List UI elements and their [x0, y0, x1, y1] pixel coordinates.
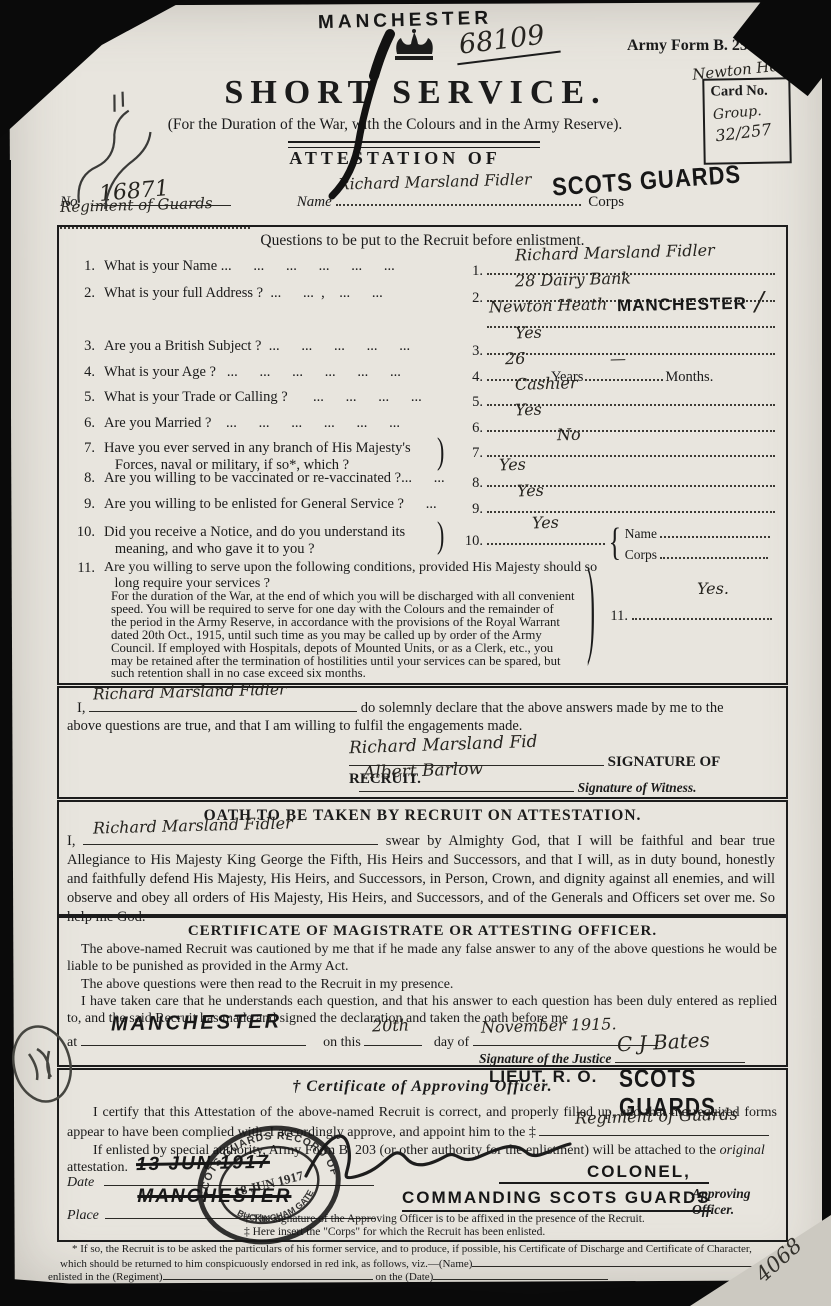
a8-num: 8.: [459, 475, 483, 492]
oath-name-handwritten: Richard Marsland Fidler: [93, 813, 293, 837]
question-row-6: 6.Are you Married ? ... ... ... ... ... …: [69, 415, 775, 432]
a10-corps-line: [660, 545, 768, 559]
declaration-line1: I, Richard Marsland Fidler do solemnly d…: [77, 696, 772, 717]
q3-num: 3.: [69, 338, 95, 355]
q7-text: Have you ever served in any branch of Hi…: [104, 440, 411, 474]
a10-line: Yes: [487, 528, 605, 545]
a3-handwritten: Yes: [515, 323, 542, 343]
a1-handwritten: Richard Marsland Fidler: [515, 240, 715, 264]
corps-label: Corps: [588, 194, 624, 210]
footer-line2-row: which should be returned to him conspicu…: [60, 1256, 810, 1270]
a9-handwritten: Yes: [517, 481, 544, 501]
witness-signature-label: Signature of Witness.: [578, 780, 697, 795]
magistrate-place-stamp: MANCHESTER: [110, 1011, 282, 1037]
approving-box: † Certificate of Approving Officer. SCOT…: [57, 1068, 788, 1242]
a7-line: No: [487, 440, 775, 457]
scan-edge-right: [822, 40, 831, 1306]
a2-handwritten-line2: Newton Heath: [489, 294, 608, 316]
question-row-3: 3.Are you a British Subject ? ... ... ..…: [69, 338, 775, 355]
a2-num: 2.: [459, 290, 483, 307]
witness-signature-line: Albert Barlow: [359, 776, 574, 792]
at-place-line: MANCHESTER: [81, 1030, 306, 1046]
q4-num: 4.: [69, 364, 95, 381]
q5-num: 5.: [69, 389, 95, 406]
a6-handwritten: Yes: [515, 400, 542, 420]
date-handwritten: November 1915.: [481, 1014, 617, 1037]
a6-num: 6.: [459, 420, 483, 437]
a7-handwritten: No: [557, 425, 581, 445]
a7-num: 7.: [459, 445, 483, 462]
a2-handwritten-line1: 28 Dairy Bank: [515, 268, 631, 290]
oath-text: swear by Almighty God, that I will be fa…: [67, 833, 775, 925]
q2-text: What is your full Address ? ... ... , ..…: [104, 285, 383, 301]
declaration-text1: do solemnly declare that the above answe…: [361, 700, 724, 716]
q11-num: 11.: [69, 560, 95, 577]
a11-line: [632, 603, 772, 620]
oath-name-line: Richard Marsland Fidler: [83, 829, 378, 845]
q2-num: 2.: [69, 285, 95, 302]
a10-name-label: Name: [625, 526, 657, 541]
a9-line: Yes: [487, 496, 775, 513]
declaration-i-label: I,: [77, 700, 85, 716]
declaration-name-line: Richard Marsland Fidler: [89, 696, 357, 712]
question-row-8: 8.Are you willing to be vaccinated or re…: [69, 470, 775, 487]
a11-num: 11.: [604, 608, 628, 625]
declaration-box: I, Richard Marsland Fidler do solemnly d…: [57, 686, 788, 799]
q4-text: What is your Age ? ... ... ... ... ... .…: [104, 364, 401, 380]
a10-num: 10.: [459, 533, 483, 550]
oath-i-label: I,: [67, 833, 75, 849]
footer-name-line: [472, 1256, 752, 1267]
scan-edge-left: [0, 160, 11, 1306]
question-row-7: 7.Have you ever served in any branch of …: [69, 440, 775, 474]
a4-num: 4.: [459, 369, 483, 386]
oath-box: OATH TO BE TAKEN BY RECRUIT ON ATTESTATI…: [57, 800, 788, 916]
q11-text: Are you willing to serve upon the follow…: [104, 560, 597, 592]
recruit-signature-handwritten: Richard Marsland Fid: [349, 732, 538, 759]
approving-place-label: Place: [67, 1208, 99, 1223]
a10-name-line: [660, 524, 770, 538]
q9-text: Are you willing to be enlisted for Gener…: [104, 496, 437, 512]
q11-conditions: For the duration of the War, at the end …: [111, 590, 581, 680]
footer-line1: * If so, the Recruit is to be asked the …: [72, 1243, 812, 1255]
question-row-9: 9.Are you willing to be enlisted for Gen…: [69, 496, 775, 513]
a5-num: 5.: [459, 394, 483, 411]
question-row-1: 1.What is your Name ... ... ... ... ... …: [69, 258, 775, 275]
a2-manchester-stamp: MANCHESTER: [617, 294, 747, 316]
commanding-stamp: COMMANDING SCOTS GUARDS: [402, 1188, 711, 1212]
colonel-stamp: COLONEL,: [587, 1162, 691, 1182]
q10-text: Did you receive a Notice, and do you und…: [104, 524, 405, 558]
a4-age-handwritten: 26: [505, 349, 526, 369]
footer-line3-row: enlisted in the (Regiment) on the (Date): [48, 1269, 798, 1283]
a10-handwritten: Yes: [532, 513, 559, 533]
justice-signature-line: C J Bates: [615, 1048, 745, 1063]
pen-stroke-flourish: [318, 28, 410, 203]
q10-num: 10.: [69, 524, 95, 541]
q1-num: 1.: [69, 258, 95, 275]
witness-signature-row: Albert Barlow Signature of Witness.: [359, 776, 697, 797]
oath-paragraph: I, Richard Marsland Fidler swear by Almi…: [67, 829, 775, 927]
q7-num: 7.: [69, 440, 95, 457]
magistrate-para1: The above-named Recruit was cautioned by…: [67, 942, 777, 975]
day-handwritten: 20th: [372, 1016, 410, 1036]
approving-date-label: Date: [67, 1175, 94, 1190]
footer-line3a: enlisted in the (Regiment): [48, 1271, 163, 1283]
q5-text: What is your Trade or Calling ? ... ... …: [104, 389, 422, 405]
margin-circle-mark: [6, 1018, 78, 1110]
q1-text: What is your Name ... ... ... ... ... ..…: [104, 258, 395, 274]
approving-officer-label: Approving Officer.: [692, 1186, 786, 1218]
a1-num: 1.: [459, 263, 483, 280]
q7-brace: ): [437, 429, 444, 473]
scanned-attestation-form: MANCHESTER 68109 Army Form B. 2512. Newt…: [0, 0, 831, 1306]
a6-line: Yes: [487, 415, 775, 432]
magistrate-heading: CERTIFICATE OF MAGISTRATE OR ATTESTING O…: [59, 923, 786, 940]
a4-months-label: Months.: [665, 369, 713, 385]
question-row-11: 11.Are you willing to serve upon the fol…: [69, 560, 775, 592]
colonel-underline: [499, 1182, 709, 1184]
a8-handwritten: Yes: [499, 455, 526, 475]
a4-dash-handwritten: —: [610, 349, 626, 368]
magistrate-para2: The above questions were then read to th…: [67, 977, 777, 993]
question-row-10: 10.Did you receive a Notice, and do you …: [69, 524, 775, 558]
approving-para2b: original: [720, 1143, 765, 1158]
a5-handwritten: Cashier: [515, 373, 578, 394]
a3-num: 3.: [459, 343, 483, 360]
footer-date-line: [433, 1269, 608, 1280]
a2-slash: /: [755, 287, 764, 317]
declaration-name-handwritten: Richard Marsland Fidler: [93, 680, 287, 703]
a11-handwritten: Yes.: [697, 579, 729, 598]
q9-num: 9.: [69, 496, 95, 513]
magistrate-box: CERTIFICATE OF MAGISTRATE OR ATTESTING O…: [57, 916, 788, 1067]
q10-brace: ): [437, 513, 444, 557]
on-this-label: on this: [323, 1035, 361, 1050]
question-row-5: 5.What is your Trade or Calling ? ... ..…: [69, 389, 775, 406]
footer-line3b: on the (Date): [375, 1271, 433, 1283]
justice-signature-handwritten: C J Bates: [616, 1028, 710, 1057]
justice-signature-label: Signature of the Justice: [479, 1051, 611, 1066]
a4-dash-line: —: [585, 364, 663, 381]
q11-close-brace: ): [587, 550, 595, 674]
q8-num: 8.: [69, 470, 95, 487]
a10-group-brace: {: [609, 521, 621, 566]
footer-regiment-line: [163, 1269, 373, 1280]
q8-text: Are you willing to be vaccinated or re-v…: [104, 470, 445, 486]
round-stamp-date: 18 JUN 1917: [232, 1168, 305, 1200]
a3-line: Yes: [487, 338, 775, 355]
a9-num: 9.: [459, 501, 483, 518]
q3-text: Are you a British Subject ? ... ... ... …: [104, 338, 410, 354]
question-row-4: 4.What is your Age ? ... ... ... ... ...…: [69, 364, 775, 381]
questions-box: Questions to be put to the Recruit befor…: [57, 225, 788, 685]
day-of-label: day of: [434, 1035, 469, 1050]
day-line: 20th: [364, 1030, 422, 1046]
q6-num: 6.: [69, 415, 95, 432]
declaration-text2: above questions are true, and that I am …: [67, 718, 522, 735]
witness-signature-handwritten: Albert Barlow: [363, 759, 484, 783]
q6-text: Are you Married ? ... ... ... ... ... ..…: [104, 415, 400, 431]
